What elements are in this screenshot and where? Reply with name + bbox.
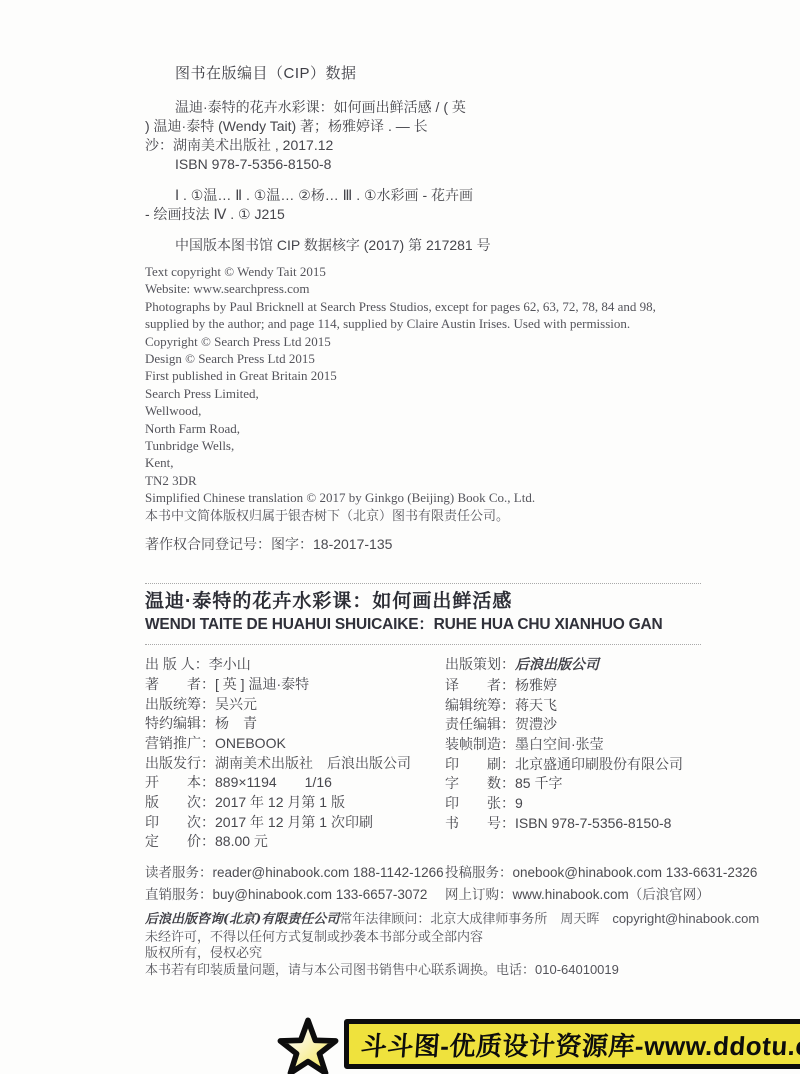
colophon-value: 后浪出版公司: [515, 657, 599, 673]
cip-classification: Ⅰ . ①温… Ⅱ . ①温… ②杨… Ⅲ . ①水彩画 - 花卉画 - 绘画技…: [145, 186, 701, 224]
copyright-line: supplied by the author; and page 114, su…: [145, 315, 701, 332]
service-line: 网上订购：www.hinabook.com（后浪官网）: [445, 884, 701, 906]
colophon-row: 编辑统筹：蒋天飞: [445, 696, 701, 716]
colophon-value: 贺澧沙: [515, 716, 557, 732]
cip-isbn-line: ISBN 978-7-5356-8150-8: [145, 155, 701, 174]
services-right-column: 投稿服务：onebook@hinabook.com 133-6631-2326 …: [445, 862, 701, 905]
colophon-row: 出版策划：后浪出版公司: [445, 655, 701, 676]
colophon-label: 开 本：: [145, 774, 215, 790]
colophon-label: 出 版 人：: [145, 656, 209, 672]
legal-consultant-text: 常年法律顾问：北京大成律师事务所 周天晖 copyright@hinabook.…: [339, 911, 759, 926]
colophon-label: 特约编辑：: [145, 715, 215, 731]
colophon-right-column: 出版策划：后浪出版公司 译 者：杨雅婷 编辑统筹：蒋天飞 责任编辑：贺澧沙 装帧…: [445, 655, 701, 852]
colophon-label: 定 价：: [145, 833, 215, 849]
colophon-label: 版 次：: [145, 794, 215, 810]
colophon-value: 889×1194 1/16: [215, 774, 332, 790]
colophon-row: 著 者：[ 英 ] 温迪·泰特: [145, 675, 445, 695]
colophon-row: 出版统筹：吴兴元: [145, 695, 445, 715]
colophon-value: 2017 年 12 月第 1 版: [215, 794, 345, 810]
colophon-row: 营销推广：ONEBOOK: [145, 734, 445, 754]
copyright-line-cn: 本书中文简体版权归属于银杏树下（北京）图书有限责任公司。: [145, 507, 701, 524]
cip-class-line: - 绘画技法 Ⅳ . ① J215: [145, 205, 701, 224]
cip-record-line: ) 温迪·泰特 (Wendy Tait) 著；杨雅婷译 . — 长: [145, 117, 701, 136]
colophon-value: [ 英 ] 温迪·泰特: [215, 676, 309, 692]
colophon-row: 印 次：2017 年 12 月第 1 次印刷: [145, 813, 445, 833]
service-line: 读者服务：reader@hinabook.com 188-1142-1266: [145, 862, 445, 884]
colophon-row: 出 版 人：李小山: [145, 655, 445, 675]
copyright-line: Simplified Chinese translation © 2017 by…: [145, 489, 701, 506]
title-block: 温迪·泰特的花卉水彩课：如何画出鲜活感 WENDI TAITE DE HUAHU…: [145, 583, 701, 645]
copyright-line: First published in Great Britain 2015: [145, 367, 701, 384]
copyright-line: Tunbridge Wells,: [145, 437, 701, 454]
colophon-row: 责任编辑：贺澧沙: [445, 715, 701, 735]
cip-header: 图书在版编目（CIP）数据: [175, 64, 701, 84]
cip-record-line: 温迪·泰特的花卉水彩课：如何画出鲜活感 / ( 英: [145, 98, 701, 117]
copyright-line: Copyright © Search Press Ltd 2015: [145, 333, 701, 350]
service-line: 直销服务：buy@hinabook.com 133-6657-3072: [145, 884, 445, 906]
colophon-row: 译 者：杨雅婷: [445, 676, 701, 696]
colophon-label: 营销推广：: [145, 735, 215, 751]
copyright-line: Kent,: [145, 454, 701, 471]
colophon-row: 书 号：ISBN 978-7-5356-8150-8: [445, 814, 701, 834]
service-line: 投稿服务：onebook@hinabook.com 133-6631-2326: [445, 862, 701, 884]
legal-block: 后浪出版咨询(北京)有限责任公司常年法律顾问：北京大成律师事务所 周天晖 cop…: [145, 911, 701, 978]
colophon-value: 湖南美术出版社 后浪出版公司: [215, 755, 411, 771]
colophon-value: 2017 年 12 月第 1 次印刷: [215, 814, 373, 830]
services: 读者服务：reader@hinabook.com 188-1142-1266 直…: [145, 862, 701, 905]
legal-consultant-line: 后浪出版咨询(北京)有限责任公司常年法律顾问：北京大成律师事务所 周天晖 cop…: [145, 911, 701, 929]
page-content: 图书在版编目（CIP）数据 温迪·泰特的花卉水彩课：如何画出鲜活感 / ( 英 …: [145, 64, 701, 978]
copyright-line: North Farm Road,: [145, 420, 701, 437]
legal-line: 版权所有，侵权必究: [145, 945, 701, 962]
colophon: 出 版 人：李小山 著 者：[ 英 ] 温迪·泰特 出版统筹：吴兴元 特约编辑：…: [145, 655, 701, 852]
copyright-line: TN2 3DR: [145, 472, 701, 489]
cip-record-number: 中国版本图书馆 CIP 数据核字 (2017) 第 217281 号: [145, 236, 701, 255]
book-title-cn: 温迪·泰特的花卉水彩课：如何画出鲜活感: [145, 590, 701, 614]
colophon-row: 出版发行：湖南美术出版社 后浪出版公司: [145, 754, 445, 774]
copyright-line: Search Press Limited,: [145, 385, 701, 402]
colophon-label: 著 者：: [145, 676, 215, 692]
services-left-column: 读者服务：reader@hinabook.com 188-1142-1266 直…: [145, 862, 445, 905]
cip-block: 图书在版编目（CIP）数据 温迪·泰特的花卉水彩课：如何画出鲜活感 / ( 英 …: [145, 64, 701, 255]
colophon-value: 李小山: [209, 656, 251, 672]
colophon-value: 9: [515, 795, 523, 811]
legal-line: 未经许可，不得以任何方式复制或抄袭本书部分或全部内容: [145, 929, 701, 946]
colophon-value: 蒋天飞: [515, 697, 557, 713]
legal-company-name: 后浪出版咨询(北京)有限责任公司: [145, 912, 339, 927]
watermark-banner: 斗斗图-优质设计资源库-www.ddotu.com: [344, 1019, 800, 1069]
copyright-line: Design © Search Press Ltd 2015: [145, 350, 701, 367]
colophon-label: 装帧制造：: [445, 736, 515, 752]
colophon-value: 墨白空间·张莹: [515, 736, 604, 752]
copyright-block: Text copyright © Wendy Tait 2015 Website…: [145, 263, 701, 524]
colophon-label: 责任编辑：: [445, 716, 515, 732]
book-title-pinyin: WENDI TAITE DE HUAHUI SHUICAIKE：RUHE HUA…: [145, 614, 701, 636]
colophon-label: 书 号：: [445, 815, 515, 831]
colophon-label: 出版发行：: [145, 755, 215, 771]
colophon-left-column: 出 版 人：李小山 著 者：[ 英 ] 温迪·泰特 出版统筹：吴兴元 特约编辑：…: [145, 655, 445, 852]
colophon-row: 版 次：2017 年 12 月第 1 版: [145, 793, 445, 813]
colophon-label: 译 者：: [445, 677, 515, 693]
colophon-value: 杨雅婷: [515, 677, 557, 693]
copyright-line: Text copyright © Wendy Tait 2015: [145, 263, 701, 280]
star-icon: [276, 1016, 340, 1074]
colophon-row: 字 数：85 千字: [445, 774, 701, 794]
colophon-value: 北京盛通印刷股份有限公司: [515, 756, 683, 772]
colophon-label: 印 刷：: [445, 756, 515, 772]
colophon-value: 88.00 元: [215, 833, 268, 849]
colophon-value: 85 千字: [515, 775, 562, 791]
colophon-value: 吴兴元: [215, 696, 257, 712]
colophon-label: 出版统筹：: [145, 696, 215, 712]
colophon-row: 印 张：9: [445, 794, 701, 814]
colophon-row: 开 本：889×1194 1/16: [145, 773, 445, 793]
colophon-label: 编辑统筹：: [445, 697, 515, 713]
colophon-row: 特约编辑：杨 青: [145, 714, 445, 734]
colophon-value: 杨 青: [215, 715, 257, 731]
colophon-value: ISBN 978-7-5356-8150-8: [515, 815, 671, 831]
watermark-text: 斗斗图-优质设计资源库-www.ddotu.com: [360, 1026, 800, 1063]
copyright-line: Wellwood,: [145, 402, 701, 419]
registration-line: 著作权合同登记号：图字：18-2017-135: [145, 534, 701, 554]
colophon-row: 定 价：88.00 元: [145, 832, 445, 852]
cip-record-line: 沙：湖南美术出版社 , 2017.12: [145, 136, 701, 155]
colophon-value: ONEBOOK: [215, 735, 286, 751]
colophon-label: 印 张：: [445, 795, 515, 811]
copyright-line: Photographs by Paul Bricknell at Search …: [145, 298, 701, 315]
colophon-row: 印 刷：北京盛通印刷股份有限公司: [445, 755, 701, 775]
colophon-label: 字 数：: [445, 775, 515, 791]
legal-line: 本书若有印装质量问题，请与本公司图书销售中心联系调换。电话：010-640100…: [145, 962, 701, 979]
colophon-row: 装帧制造：墨白空间·张莹: [445, 735, 701, 755]
cip-record: 温迪·泰特的花卉水彩课：如何画出鲜活感 / ( 英 ) 温迪·泰特 (Wendy…: [145, 98, 701, 174]
colophon-label: 印 次：: [145, 814, 215, 830]
copyright-line: Website: www.searchpress.com: [145, 280, 701, 297]
cip-class-line: Ⅰ . ①温… Ⅱ . ①温… ②杨… Ⅲ . ①水彩画 - 花卉画: [145, 186, 701, 205]
colophon-label: 出版策划：: [445, 656, 515, 672]
book-copyright-page: 图书在版编目（CIP）数据 温迪·泰特的花卉水彩课：如何画出鲜活感 / ( 英 …: [0, 0, 800, 1074]
